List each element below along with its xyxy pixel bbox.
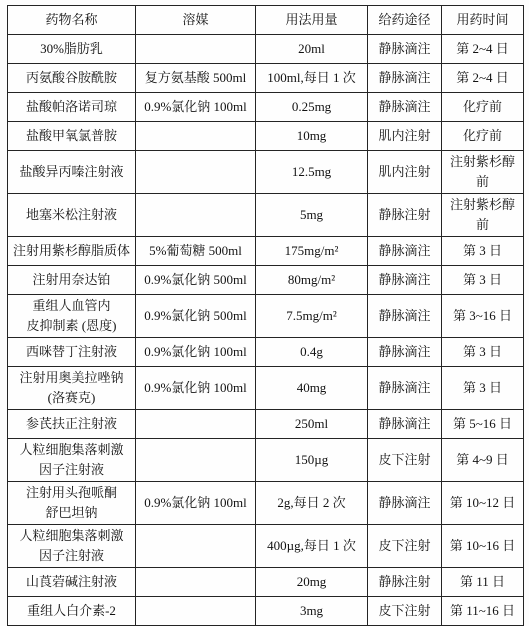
table-row: 注射用奈达铂0.9%氯化钠 500ml80mg/m²静脉滴注第 3 日 (8, 266, 524, 295)
table-row: 西咪替丁注射液0.9%氯化钠 100ml0.4g静脉滴注第 3 日 (8, 338, 524, 367)
cell-dosage: 40mg (256, 367, 368, 410)
drug-administration-table: 药物名称溶媒用法用量给药途径用药时间 30%脂肪乳20ml静脉滴注第 2~4 日… (7, 5, 524, 626)
cell-drug-name: 注射用头孢哌酮 舒巴坦钠 (8, 482, 136, 525)
cell-route: 静脉滴注 (368, 367, 442, 410)
cell-time: 化疗前 (442, 122, 524, 151)
cell-route: 肌内注射 (368, 122, 442, 151)
cell-solvent: 5%葡萄糖 500ml (136, 237, 256, 266)
cell-drug-name: 重组人血管内 皮抑制素 (恩度) (8, 295, 136, 338)
cell-solvent: 0.9%氯化钠 500ml (136, 295, 256, 338)
cell-solvent: 0.9%氯化钠 100ml (136, 338, 256, 367)
cell-drug-name: 参芪扶正注射液 (8, 410, 136, 439)
cell-solvent (136, 525, 256, 568)
table-row: 人粒细胞集落刺激 因子注射液150µg皮下注射第 4~9 日 (8, 439, 524, 482)
cell-route: 静脉滴注 (368, 482, 442, 525)
table-row: 丙氨酸谷胺酰胺复方氨基酸 500ml100ml,每日 1 次静脉滴注第 2~4 … (8, 64, 524, 93)
table-row: 30%脂肪乳20ml静脉滴注第 2~4 日 (8, 35, 524, 64)
cell-dosage: 400µg,每日 1 次 (256, 525, 368, 568)
column-header-route: 给药途径 (368, 6, 442, 35)
cell-time: 第 3~16 日 (442, 295, 524, 338)
cell-drug-name: 人粒细胞集落刺激 因子注射液 (8, 439, 136, 482)
cell-route: 静脉滴注 (368, 64, 442, 93)
table-row: 盐酸异丙嗪注射液12.5mg肌内注射注射紫杉醇前 (8, 151, 524, 194)
cell-route: 静脉滴注 (368, 410, 442, 439)
cell-time: 第 5~16 日 (442, 410, 524, 439)
cell-route: 静脉滴注 (368, 237, 442, 266)
column-header-drug-name: 药物名称 (8, 6, 136, 35)
table-row: 参芪扶正注射液250ml静脉滴注第 5~16 日 (8, 410, 524, 439)
cell-solvent (136, 568, 256, 597)
table-row: 盐酸帕洛诺司琼0.9%氯化钠 100ml0.25mg静脉滴注化疗前 (8, 93, 524, 122)
cell-time: 第 3 日 (442, 367, 524, 410)
cell-solvent: 0.9%氯化钠 500ml (136, 266, 256, 295)
cell-time: 第 3 日 (442, 266, 524, 295)
cell-dosage: 150µg (256, 439, 368, 482)
cell-route: 静脉滴注 (368, 35, 442, 64)
column-header-time: 用药时间 (442, 6, 524, 35)
cell-route: 静脉滴注 (368, 338, 442, 367)
cell-time: 化疗前 (442, 93, 524, 122)
cell-drug-name: 山莨菪碱注射液 (8, 568, 136, 597)
cell-drug-name: 人粒细胞集落刺激 因子注射液 (8, 525, 136, 568)
cell-time: 第 11 日 (442, 568, 524, 597)
cell-time: 注射紫杉醇前 (442, 194, 524, 237)
cell-solvent (136, 410, 256, 439)
cell-drug-name: 重组人白介素-2 (8, 597, 136, 626)
cell-time: 注射紫杉醇前 (442, 151, 524, 194)
cell-drug-name: 注射用紫杉醇脂质体 (8, 237, 136, 266)
cell-drug-name: 盐酸异丙嗪注射液 (8, 151, 136, 194)
document-page: 药物名称溶媒用法用量给药途径用药时间 30%脂肪乳20ml静脉滴注第 2~4 日… (0, 0, 529, 626)
cell-solvent: 复方氨基酸 500ml (136, 64, 256, 93)
cell-dosage: 0.4g (256, 338, 368, 367)
cell-route: 静脉滴注 (368, 295, 442, 338)
cell-dosage: 7.5mg/m² (256, 295, 368, 338)
cell-time: 第 10~16 日 (442, 525, 524, 568)
table-row: 盐酸甲氧氯普胺10mg肌内注射化疗前 (8, 122, 524, 151)
cell-dosage: 5mg (256, 194, 368, 237)
cell-time: 第 2~4 日 (442, 35, 524, 64)
table-row: 注射用奥美拉唑钠 (洛赛克)0.9%氯化钠 100ml40mg静脉滴注第 3 日 (8, 367, 524, 410)
cell-drug-name: 丙氨酸谷胺酰胺 (8, 64, 136, 93)
cell-solvent (136, 122, 256, 151)
cell-drug-name: 注射用奈达铂 (8, 266, 136, 295)
cell-dosage: 20ml (256, 35, 368, 64)
cell-drug-name: 西咪替丁注射液 (8, 338, 136, 367)
cell-dosage: 2g,每日 2 次 (256, 482, 368, 525)
cell-route: 皮下注射 (368, 597, 442, 626)
cell-drug-name: 注射用奥美拉唑钠 (洛赛克) (8, 367, 136, 410)
table-header-row: 药物名称溶媒用法用量给药途径用药时间 (8, 6, 524, 35)
table-row: 重组人血管内 皮抑制素 (恩度)0.9%氯化钠 500ml7.5mg/m²静脉滴… (8, 295, 524, 338)
cell-drug-name: 盐酸甲氧氯普胺 (8, 122, 136, 151)
cell-dosage: 250ml (256, 410, 368, 439)
cell-dosage: 175mg/m² (256, 237, 368, 266)
cell-solvent (136, 151, 256, 194)
table-row: 注射用紫杉醇脂质体5%葡萄糖 500ml175mg/m²静脉滴注第 3 日 (8, 237, 524, 266)
cell-route: 皮下注射 (368, 525, 442, 568)
cell-dosage: 20mg (256, 568, 368, 597)
cell-drug-name: 30%脂肪乳 (8, 35, 136, 64)
cell-time: 第 10~12 日 (442, 482, 524, 525)
table-row: 注射用头孢哌酮 舒巴坦钠0.9%氯化钠 100ml2g,每日 2 次静脉滴注第 … (8, 482, 524, 525)
cell-route: 皮下注射 (368, 439, 442, 482)
cell-time: 第 11~16 日 (442, 597, 524, 626)
cell-route: 静脉注射 (368, 194, 442, 237)
cell-solvent (136, 194, 256, 237)
cell-solvent (136, 597, 256, 626)
cell-route: 静脉滴注 (368, 266, 442, 295)
column-header-dosage: 用法用量 (256, 6, 368, 35)
cell-dosage: 80mg/m² (256, 266, 368, 295)
cell-dosage: 10mg (256, 122, 368, 151)
cell-time: 第 2~4 日 (442, 64, 524, 93)
cell-route: 静脉滴注 (368, 93, 442, 122)
cell-solvent: 0.9%氯化钠 100ml (136, 93, 256, 122)
cell-time: 第 3 日 (442, 237, 524, 266)
cell-solvent: 0.9%氯化钠 100ml (136, 482, 256, 525)
table-row: 重组人白介素-23mg皮下注射第 11~16 日 (8, 597, 524, 626)
cell-dosage: 100ml,每日 1 次 (256, 64, 368, 93)
cell-drug-name: 地塞米松注射液 (8, 194, 136, 237)
cell-dosage: 0.25mg (256, 93, 368, 122)
cell-solvent (136, 439, 256, 482)
cell-dosage: 3mg (256, 597, 368, 626)
cell-route: 肌内注射 (368, 151, 442, 194)
cell-route: 静脉注射 (368, 568, 442, 597)
cell-time: 第 3 日 (442, 338, 524, 367)
cell-solvent (136, 35, 256, 64)
column-header-solvent: 溶媒 (136, 6, 256, 35)
table-row: 山莨菪碱注射液20mg静脉注射第 11 日 (8, 568, 524, 597)
cell-solvent: 0.9%氯化钠 100ml (136, 367, 256, 410)
table-row: 地塞米松注射液5mg静脉注射注射紫杉醇前 (8, 194, 524, 237)
cell-time: 第 4~9 日 (442, 439, 524, 482)
cell-drug-name: 盐酸帕洛诺司琼 (8, 93, 136, 122)
cell-dosage: 12.5mg (256, 151, 368, 194)
table-row: 人粒细胞集落刺激 因子注射液400µg,每日 1 次皮下注射第 10~16 日 (8, 525, 524, 568)
